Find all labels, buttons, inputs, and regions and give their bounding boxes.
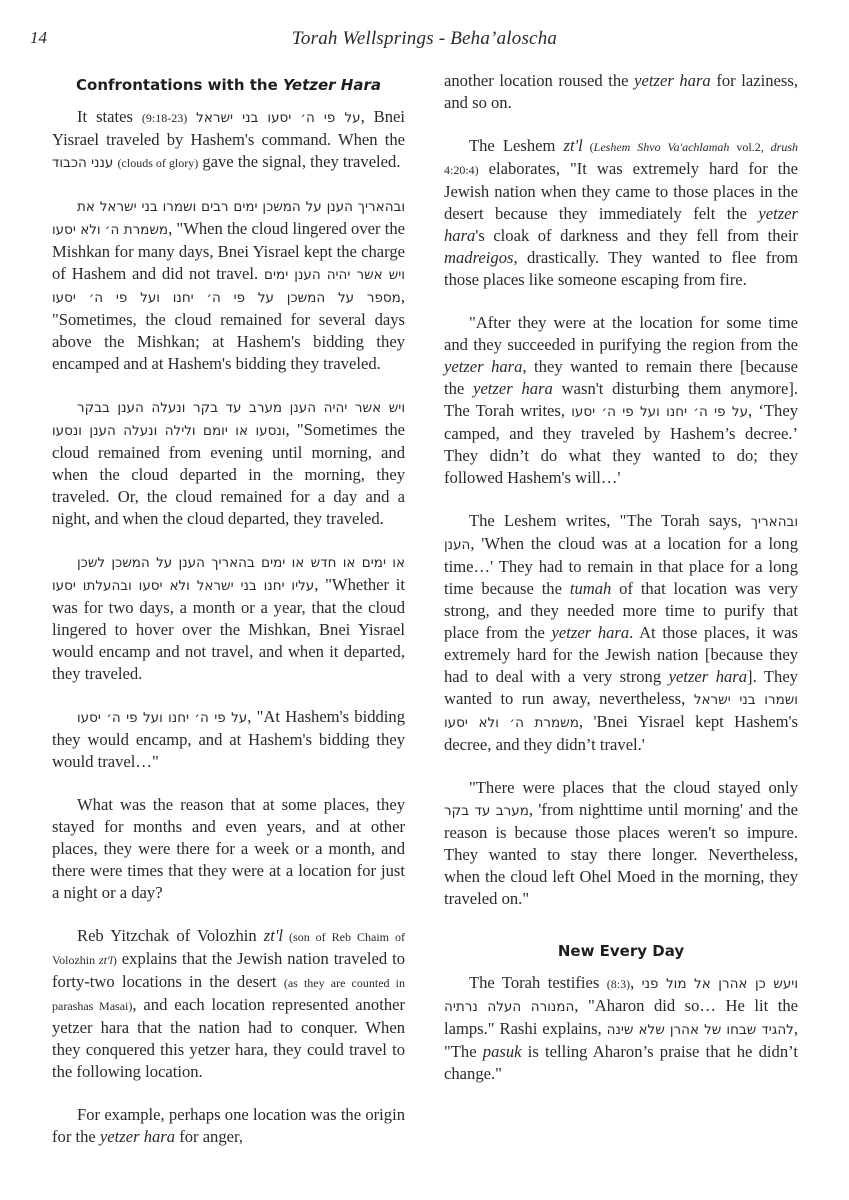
honorific: zt'l xyxy=(264,926,283,945)
text: vol.2, xyxy=(729,140,770,154)
hebrew-quote: מערב עד בקר xyxy=(444,803,529,819)
italic-term: yetzer hara xyxy=(552,623,630,642)
text: The Torah testifies xyxy=(469,973,607,992)
text: elaborates, "It was extremely hard for t… xyxy=(444,159,798,223)
paragraph: "After they were at the location for som… xyxy=(444,312,798,489)
paragraph: ויש אשר יהיה הענן מערב עד בקר ונעלה הענן… xyxy=(52,396,405,530)
text: It states xyxy=(77,107,142,126)
text: for anger, xyxy=(175,1127,243,1146)
italic-term: yetzer hara xyxy=(444,357,522,376)
hebrew-quote: ענני הכבוד xyxy=(52,155,113,171)
italic-term: tumah xyxy=(570,579,611,598)
text: , xyxy=(630,973,642,992)
left-column: Confrontations with the Yetzer Hara It s… xyxy=(52,70,405,1169)
paragraph: The Leshem writes, "The Torah says, ובהא… xyxy=(444,510,798,756)
text: "There were places that the cloud stayed… xyxy=(469,778,798,797)
source-ref: (9:18-23) xyxy=(142,111,187,125)
hebrew-quote: על פי ה׳ יחנו ועל פי ה׳ יסעו xyxy=(77,710,247,726)
section-heading-confrontations: Confrontations with the Yetzer Hara xyxy=(52,74,405,96)
italic-term: yetzer hara xyxy=(473,379,553,398)
paragraph: It states (9:18-23) על פי ה׳ יסעו בני יש… xyxy=(52,106,405,174)
right-column: another location roused the yetzer hara … xyxy=(444,70,798,1106)
heading-text: Confrontations with the xyxy=(76,76,283,94)
italic-term: yetzer hara xyxy=(669,667,747,686)
italic-term: yetzer hara xyxy=(634,71,711,90)
section-heading-new-every-day: New Every Day xyxy=(444,940,798,962)
text: ( xyxy=(583,140,594,154)
text: Reb Yitzchak of Volozhin xyxy=(77,926,264,945)
text: another location roused the xyxy=(444,71,634,90)
text: The Leshem writes, "The Torah says, xyxy=(469,511,751,530)
paragraph: The Torah testifies (8:3), ויעש כן אהרן … xyxy=(444,972,798,1085)
running-title: Torah Wellsprings - Beha’aloscha xyxy=(30,28,819,50)
source-ref: (8:3) xyxy=(607,977,630,991)
paragraph: For example, perhaps one location was th… xyxy=(52,1104,405,1148)
hebrew-quote: על פי ה׳ יחנו ועל פי ה׳ יסעו xyxy=(571,404,748,420)
text: drush xyxy=(771,140,798,154)
book-title: Leshem Shvo Va'achlamah xyxy=(594,140,730,154)
paragraph: "There were places that the cloud stayed… xyxy=(444,777,798,910)
paragraph-continued: another location roused the yetzer hara … xyxy=(444,70,798,114)
italic-term: madreigos xyxy=(444,248,513,267)
honorific: zt'l xyxy=(99,953,113,967)
hebrew-quote: על פי ה׳ יסעו בני ישראל xyxy=(196,110,360,126)
text: gave the signal, they traveled. xyxy=(198,152,400,171)
hebrew-quote: להגיד שבחו של אהרן שלא שינה xyxy=(607,1022,794,1038)
paragraph: או ימים או חדש או ימים בהאריך הענן על המ… xyxy=(52,551,405,685)
italic-term: yetzer hara xyxy=(100,1127,175,1146)
paragraph: ובהאריך הענן על המשכן ימים רבים ושמרו בנ… xyxy=(52,195,405,375)
paragraph: The Leshem zt'l (Leshem Shvo Va'achlamah… xyxy=(444,135,798,291)
paragraph: What was the reason that at some places,… xyxy=(52,794,405,904)
page-header: 14 Torah Wellsprings - Beha’aloscha xyxy=(30,28,819,54)
heading-italic: Yetzer Hara xyxy=(283,76,381,94)
honorific: zt'l xyxy=(564,136,583,155)
italic-term: pasuk xyxy=(483,1042,522,1061)
text: 4:20:4) xyxy=(444,163,479,177)
paragraph: Reb Yitzchak of Volozhin zt'l (son of Re… xyxy=(52,925,405,1083)
source-ref: (clouds of glory) xyxy=(118,156,199,170)
text: 's cloak of darkness and they fell from … xyxy=(475,226,798,245)
text: "After they were at the location for som… xyxy=(444,313,798,354)
paragraph: על פי ה׳ יחנו ועל פי ה׳ יסעו, "At Hashem… xyxy=(52,706,405,773)
text: The Leshem xyxy=(469,136,564,155)
